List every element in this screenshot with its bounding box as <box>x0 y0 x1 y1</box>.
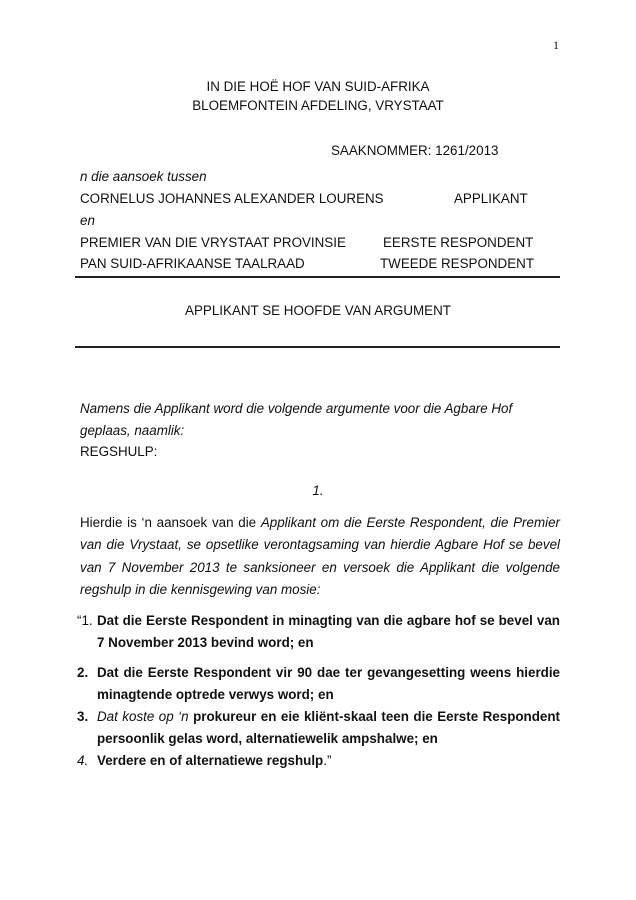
first-respondent-role: EERSTE RESPONDENT <box>383 235 533 250</box>
second-respondent-name: PAN SUID-AFRIKAANSE TAALRAAD <box>80 256 305 271</box>
document-title: APPLIKANT SE HOOFDE VAN ARGUMENT <box>0 303 636 318</box>
relief-text: Dat die Eerste Respondent in minagting v… <box>97 613 560 650</box>
relief-number: 2. <box>77 662 88 684</box>
case-number: SAAKNOMMER: 1261/2013 <box>331 143 498 158</box>
relief-number: “1. <box>77 610 93 632</box>
preamble: Namens die Applikant word die volgende a… <box>80 398 560 442</box>
relief-item: 2. Dat die Eerste Respondent vir 90 dae … <box>77 662 560 706</box>
relief-number: 4. <box>77 750 88 772</box>
page-number: 1 <box>553 38 559 53</box>
first-respondent-name: PREMIER VAN DIE VRYSTAAT PROVINSIE <box>80 235 346 250</box>
court-division: BLOEMFONTEIN AFDELING, VRYSTAAT <box>0 98 636 113</box>
applicant-role: APPLIKANT <box>454 191 528 206</box>
paragraph-text-plain: Hierdie is ‘n aansoek van die <box>80 515 261 530</box>
relief-text: Verdere en of alternatiewe regshulp <box>97 753 323 768</box>
relief-item: “1. Dat die Eerste Respondent in minagti… <box>77 610 560 654</box>
relief-item: 3. Dat koste op ‘n prokureur en eie klië… <box>77 706 560 750</box>
title-rule-bottom <box>75 346 560 348</box>
paragraph-body: Hierdie is ‘n aansoek van die Applikant … <box>80 512 560 601</box>
section-heading: REGSHULP: <box>80 444 157 459</box>
relief-item: 4. Verdere en of alternatiewe regshulp.” <box>77 750 560 772</box>
relief-text: Dat die Eerste Respondent vir 90 dae ter… <box>97 665 560 702</box>
second-respondent-role: TWEEDE RESPONDENT <box>380 256 534 271</box>
relief-list: “1. Dat die Eerste Respondent in minagti… <box>77 610 560 772</box>
matter-intro: n die aansoek tussen <box>80 169 207 184</box>
relief-text-italic: Dat koste op ‘n <box>97 709 189 724</box>
relief-closing-quote: .” <box>323 753 331 768</box>
applicant-name: CORNELUS JOHANNES ALEXANDER LOURENS <box>80 191 384 206</box>
title-rule-top <box>75 276 560 278</box>
parties-conjunction: en <box>80 213 95 228</box>
court-name: IN DIE HOË HOF VAN SUID-AFRIKA <box>0 79 636 94</box>
paragraph-number: 1. <box>0 483 636 498</box>
relief-number: 3. <box>77 706 88 728</box>
